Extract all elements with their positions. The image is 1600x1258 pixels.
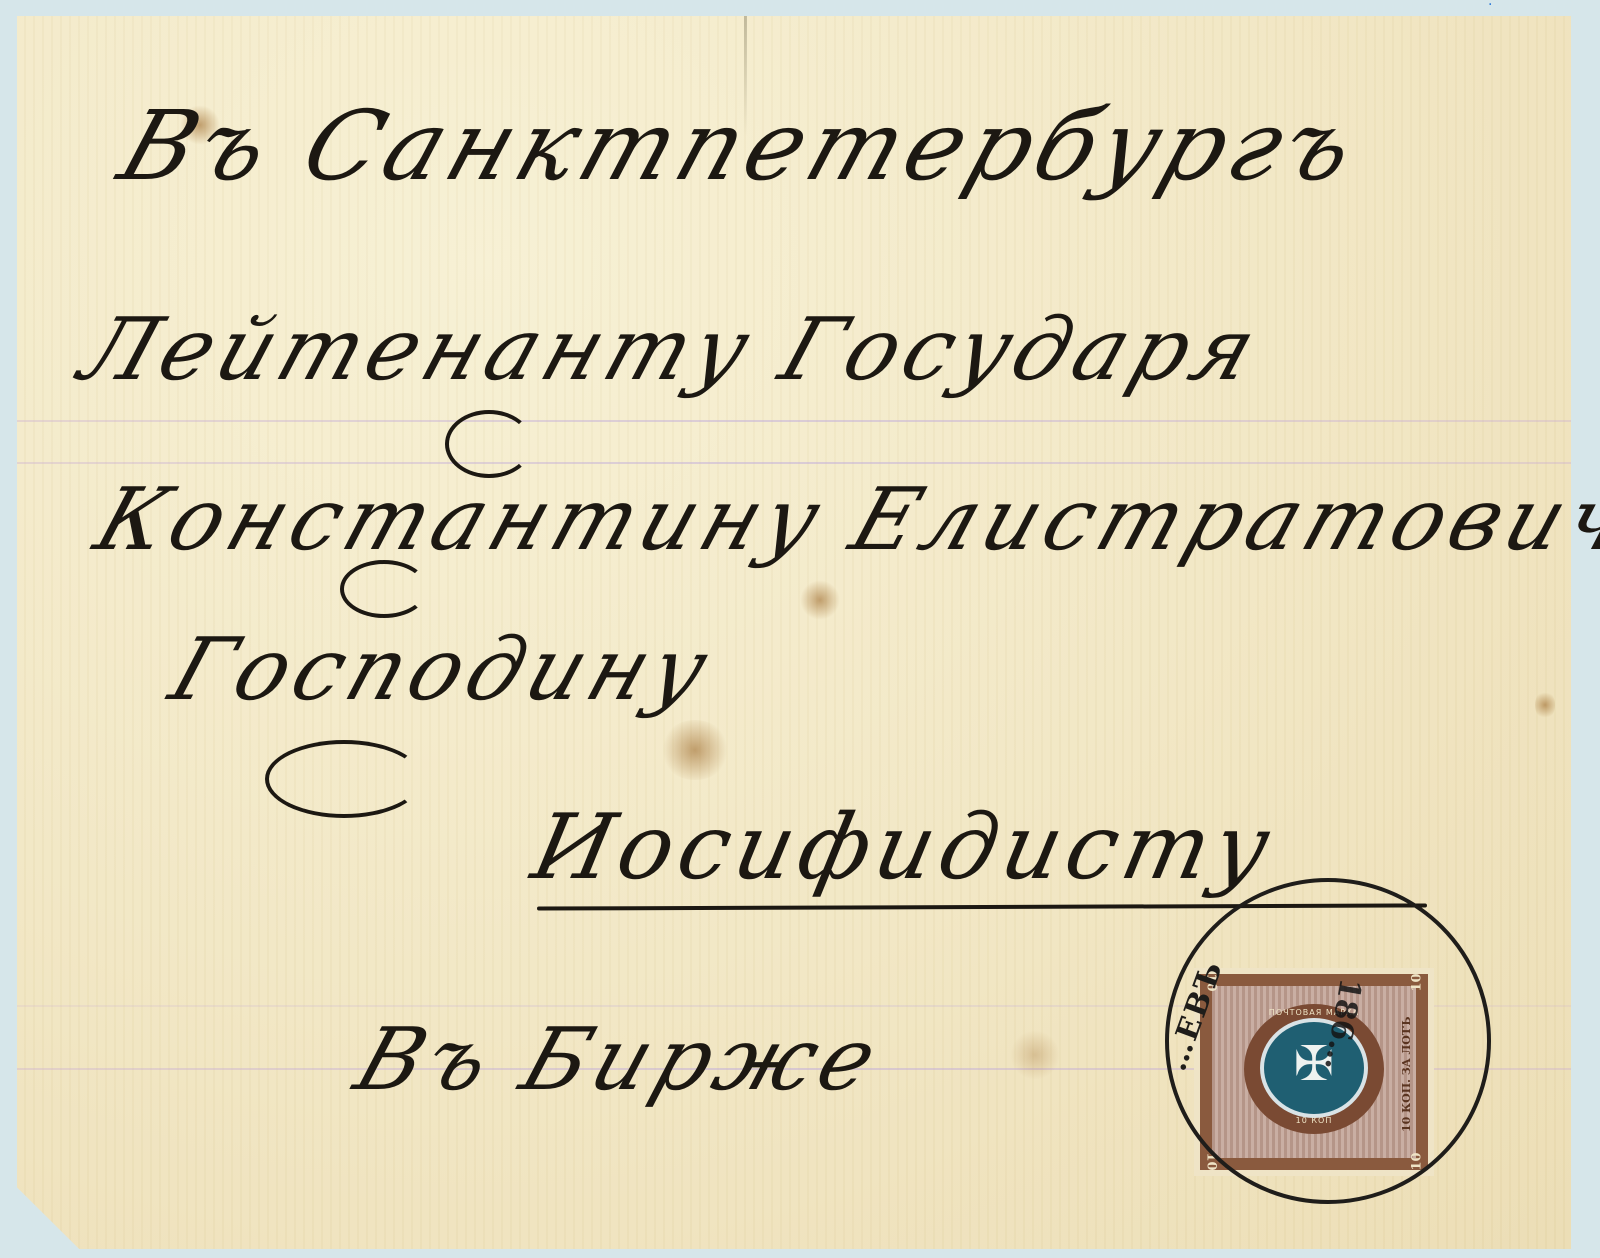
flourish-loop (445, 410, 533, 478)
address-line-rank: Лейтенанту Государя (69, 300, 1274, 400)
scan-corner-mark: · (1488, 0, 1508, 10)
ruled-line (17, 462, 1571, 464)
address-line-honorific: Господину (159, 620, 726, 720)
flourish-loop (340, 560, 428, 618)
flourish-loop (265, 740, 423, 818)
address-line-city: Въ Санктпетербургъ (107, 90, 1375, 202)
ink-stain (660, 720, 730, 780)
address-line-name: Константину Елистратовичу (84, 470, 1600, 570)
ink-stain (1010, 1030, 1060, 1080)
address-line-location: Въ Бирже (344, 1010, 895, 1110)
ink-stain (1535, 690, 1555, 720)
ink-stain (800, 580, 840, 620)
stamp-with-postmark: ✠ ПОЧТОВАЯ МАРКА 10 КОП 10 КОП. ЗА ЛОТЪ … (1165, 878, 1490, 1203)
ruled-line (17, 420, 1571, 422)
